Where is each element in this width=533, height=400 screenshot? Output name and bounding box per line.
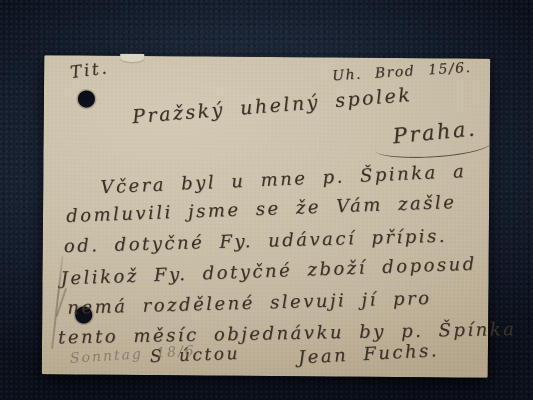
body-line-5: nemá rozdělené slevuji jí pro [67,288,432,319]
signature: Jean Fuchs. [297,340,439,368]
punch-hole-top [78,91,95,108]
body-line-4: Jelikož Fy. dotyčné zboží doposud [60,254,477,290]
addressee-line: Pražský uhelný spolek [131,84,413,128]
dateline: Uh. Brod 15/6. [332,60,472,85]
card-edge-damage [120,54,144,62]
postcard-photo: Tit. Uh. Brod 15/6. Pražský uhelný spole… [0,0,533,400]
annotation-tit: Tit. [69,58,110,83]
body-line-3: od. dotyčné Fy. udávací přípis. [64,226,448,257]
body-line-6: tento měsíc objednávku by p. Špínka [58,319,517,348]
handwritten-postcard: Tit. Uh. Brod 15/6. Pražský uhelný spole… [42,55,490,377]
